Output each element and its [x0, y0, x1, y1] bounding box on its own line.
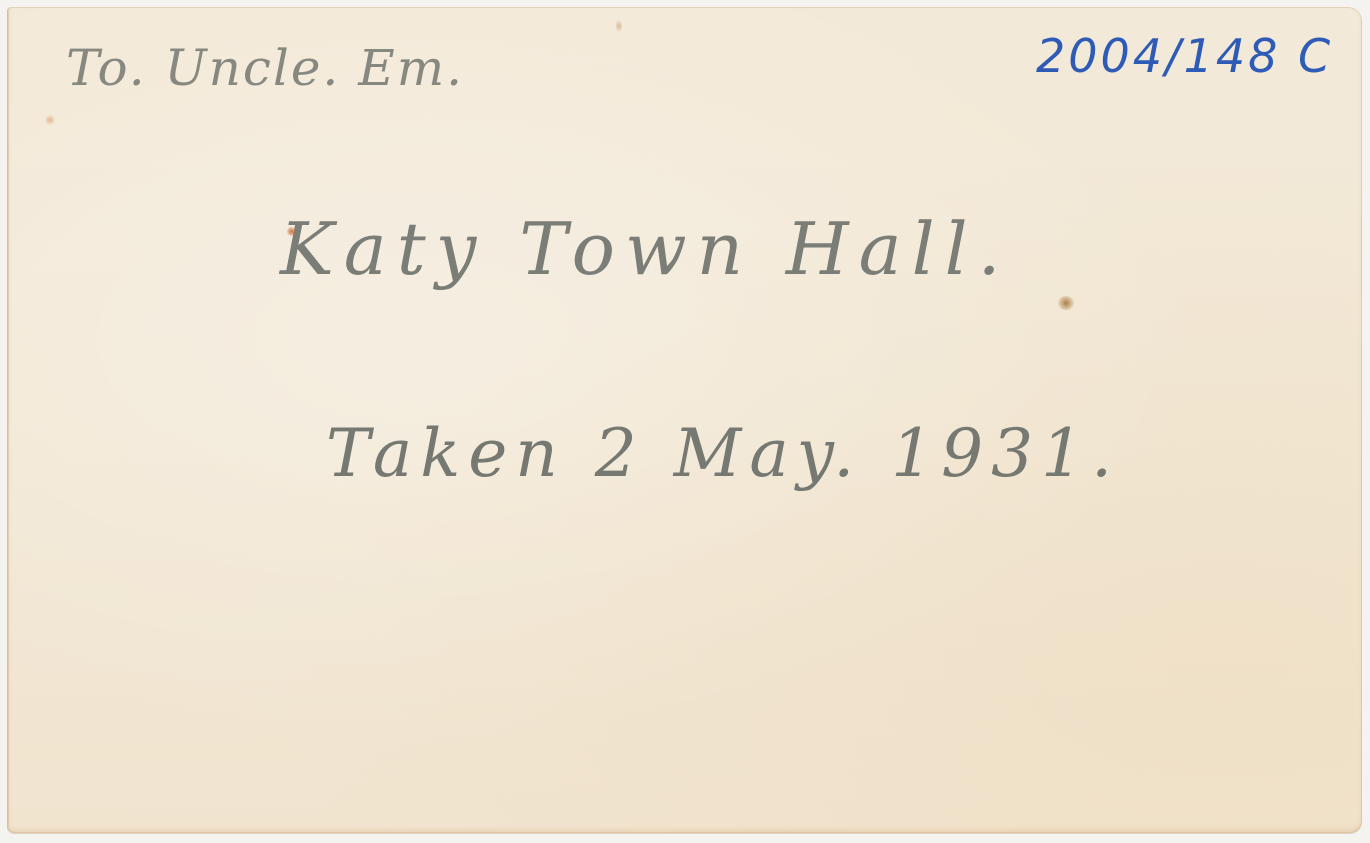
reference-number: 2004/148 C	[1036, 29, 1333, 83]
date-inscription: Taken 2 May. 1931.	[326, 415, 1120, 492]
foxing-spot	[1058, 296, 1074, 310]
place-inscription: Katy Town Hall.	[280, 207, 1011, 291]
foxing-spot	[45, 115, 55, 125]
card: To. Uncle. Em. 2004/148 C Katy Town Hall…	[8, 7, 1362, 833]
foxing-spot	[287, 227, 296, 236]
addressee-inscription: To. Uncle. Em.	[66, 39, 464, 97]
foxing-spot	[616, 19, 622, 33]
